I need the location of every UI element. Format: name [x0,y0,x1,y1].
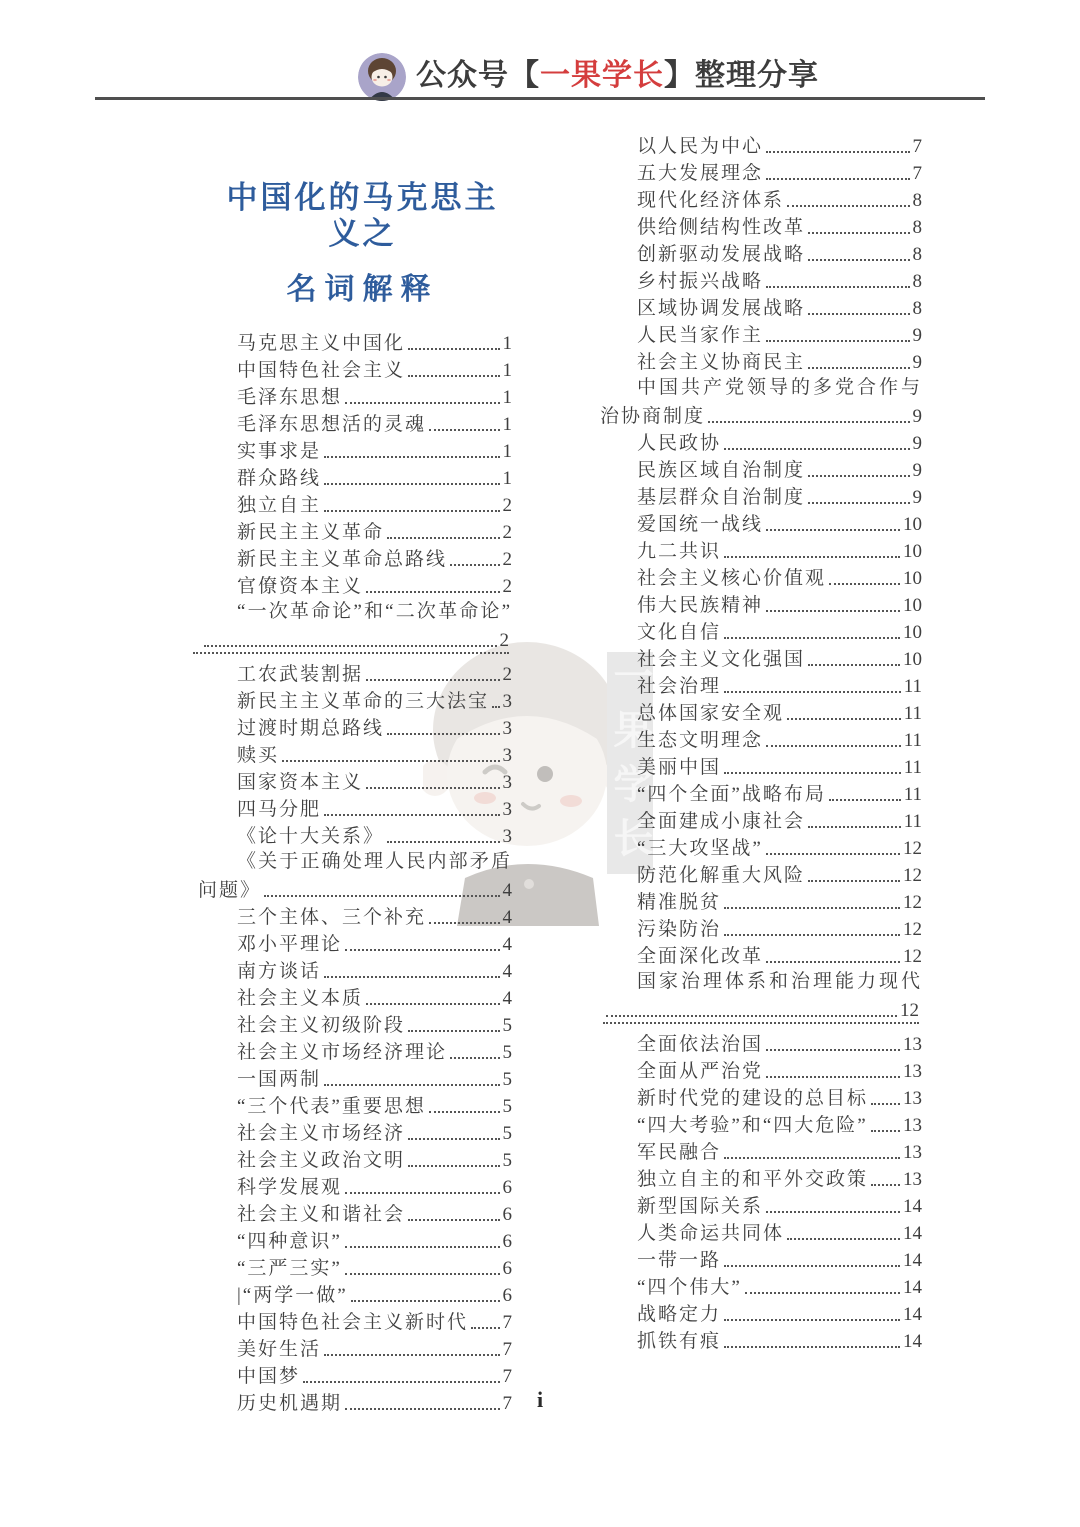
toc-entry-label: “三严三实” [237,1253,342,1280]
toc-entry: 伟大民族精神10 [600,590,922,617]
dot-leader [766,610,900,612]
toc-entry-page-number: 5 [503,1015,513,1037]
toc-entry-label: 人民政协 [637,428,721,455]
toc-entry: 总体国家安全观11 [600,698,922,725]
toc-entry-page-number: 2 [503,549,513,571]
toc-entry-label: 中国特色社会主义 [237,355,405,382]
toc-entry-label: 社会主义市场经济理论 [237,1037,447,1064]
toc-entry: 人类命运共同体14 [600,1218,922,1245]
toc-entry-page-number: 5 [503,1150,513,1172]
toc-entry-label: 一带一路 [637,1245,721,1272]
toc-entry: 精准脱贫12 [600,887,922,914]
toc-entry-page-number: 7 [503,1366,513,1388]
toc-entry: 五大发展理念7 [600,158,922,185]
dot-leader [808,880,900,882]
dot-leader [366,1003,499,1005]
page-number: i [0,1387,1080,1413]
toc-entry-page-number: 11 [904,703,922,725]
dot-leader [429,922,499,924]
toc-entry-page-number: 3 [503,772,513,794]
dot-leader [808,475,909,477]
toc-entry-label: 民族区域自治制度 [637,455,805,482]
toc-entry-page-number: 8 [913,244,923,266]
toc-entry-label: 乡村振兴战略 [637,266,763,293]
dot-leader [745,1292,900,1294]
dot-leader [429,1111,500,1113]
dot-leader [871,1130,900,1132]
toc-entry-wrapped-line: “一次革命论”和“二次革命论” [190,598,512,625]
toc-entry: 新民主主义革命总路线2 [190,544,512,571]
toc-entry: 爱国统一战线10 [600,509,922,536]
toc-entry-page-number: 12 [903,892,922,914]
toc-entry-label: 区域协调发展战略 [637,293,805,320]
toc-entry: 三个主体、三个补充4 [190,902,512,929]
toc-entry-label: 四马分肥 [237,794,321,821]
toc-entry: 抓铁有痕14 [600,1326,922,1353]
toc-entry: 工农武装割据2 [190,659,512,686]
toc-entry-page-number: 4 [503,988,513,1010]
toc-entry-label: 毛泽东思想 [237,382,342,409]
toc-list-left: 马克思主义中国化1中国特色社会主义1毛泽东思想1毛泽东思想活的灵魂1实事求是1群… [190,328,512,1415]
dot-leader [387,841,499,843]
toc-entry: 社会主义市场经济5 [190,1118,512,1145]
toc-entry-page-number: 3 [503,718,513,740]
toc-entry-page-number: 6 [503,1258,513,1280]
toc-entry-label: 问题》 [198,875,261,902]
toc-entry-page-number: 9 [913,433,923,455]
dot-leader [324,1084,499,1086]
toc-entry: 社会主义政治文明5 [190,1145,512,1172]
toc-entry-label: 社会主义协商民主 [637,347,805,374]
toc-entry-label: 战略定力 [637,1299,721,1326]
toc-entry-label: 社会主义和谐社会 [237,1199,405,1226]
toc-entry: 中国梦7 [190,1361,512,1388]
toc-entry-page-number: 3 [503,745,513,767]
dot-leader [808,313,909,315]
toc-entry: 战略定力14 [600,1299,922,1326]
toc-entry-page-number: 11 [904,757,922,779]
toc-entry: 社会主义市场经济理论5 [190,1037,512,1064]
dot-leader [724,1319,900,1321]
toc-entry: 全面建成小康社会11 [600,806,922,833]
toc-entry-page-number: 9 [913,487,923,509]
dot-leader [871,1103,900,1105]
toc-entry: 问题》4 [190,875,512,902]
toc-entry-label: “三个代表”重要思想 [237,1091,426,1118]
dot-leader [766,853,900,855]
toc-entry-label: “四个伟大” [637,1272,742,1299]
toc-entry-label: 过渡时期总路线 [237,713,384,740]
toc-entry: 赎买3 [190,740,512,767]
toc-entry: 新民主主义革命2 [190,517,512,544]
dot-leader [351,1300,500,1302]
toc-entry-label: 中国梦 [237,1361,300,1388]
dot-leader [606,1015,897,1017]
toc-entry: 新型国际关系14 [600,1191,922,1218]
toc-entry-page-number: 2 [503,522,513,544]
toc-entry: 现代化经济体系8 [600,185,922,212]
dot-leader [724,448,909,450]
dot-leader [808,259,909,261]
dot-leader [345,1246,500,1248]
dot-leader [264,895,499,897]
dot-leader [766,745,901,747]
toc-entry-page-number: 7 [913,163,923,185]
toc-entry: 马克思主义中国化1 [190,328,512,355]
toc-entry-page-number: 8 [913,298,923,320]
toc-entry: 科学发展观6 [190,1172,512,1199]
toc-entry: 区域协调发展战略8 [600,293,922,320]
dot-leader [366,591,499,593]
toc-entry-page-number: 8 [913,217,923,239]
toc-entry-label: 供给侧结构性改革 [637,212,805,239]
dot-leader [829,583,900,585]
toc-entry-page-number: 12 [903,919,922,941]
dot-leader [345,402,499,404]
account-title: 公众号【一果学长】整理分享 [416,56,819,96]
toc-entry-page-number: 3 [503,799,513,821]
dot-leader [724,1346,900,1348]
dot-leader [808,664,900,666]
toc-entry: 独立自主2 [190,490,512,517]
toc-entry: 人民政协9 [600,428,922,455]
toc-entry: 官僚资本主义2 [190,571,512,598]
dot-leader [724,772,901,774]
dot-leader [787,718,901,720]
dot-leader [303,1381,499,1383]
dot-leader [787,205,909,207]
toc-entry-page-number: 4 [503,907,513,929]
toc-entry-label: 三个主体、三个补充 [237,902,426,929]
toc-entry-label: 全面从严治党 [637,1056,763,1083]
dot-leader [324,976,499,978]
toc-entry-page-number: 11 [904,730,922,752]
toc-entry-label: 社会治理 [637,671,721,698]
toc-entry-page-number: 14 [903,1331,922,1353]
dot-leader [766,529,900,531]
toc-entry-page-number: 2 [500,630,510,652]
dot-leader [450,1057,499,1059]
toc-entry-label: 总体国家安全观 [637,698,784,725]
toc-entry-label: 五大发展理念 [637,158,763,185]
toc-entry-label: 全面建成小康社会 [637,806,805,833]
toc-entry-label: “四种意识” [237,1226,342,1253]
dot-leader [345,1273,500,1275]
toc-entry: 社会主义核心价值观10 [600,563,922,590]
toc-entry-page-number: 9 [913,352,923,374]
header-divider [95,97,985,100]
dot-leader [724,1157,900,1159]
dot-leader [724,637,900,639]
toc-entry: 南方谈话4 [190,956,512,983]
toc-entry: “三严三实”6 [190,1253,512,1280]
toc-entry-page-number: 4 [503,880,513,902]
toc-entry-label: 军民融合 [637,1137,721,1164]
toc-entry-label: 创新驱动发展战略 [637,239,805,266]
toc-entry-page-number: 6 [503,1285,513,1307]
dot-leader [345,1192,499,1194]
toc-entry-page-number: 2 [503,576,513,598]
toc-entry: 中国特色社会主义1 [190,355,512,382]
toc-entry-label: 马克思主义中国化 [237,328,405,355]
toc-entry-page-number: 1 [503,441,513,463]
toc-entry-page-number: 1 [503,360,513,382]
toc-entry: 12 [603,995,919,1024]
toc-entry: 全面依法治国13 [600,1029,922,1056]
dot-leader [708,421,909,423]
toc-entry-page-number: 11 [904,676,922,698]
toc-entry-page-number: 13 [903,1142,922,1164]
toc-entry-label: 国家资本主义 [237,767,363,794]
toc-entry-label: 现代化经济体系 [637,185,784,212]
toc-entry: 邓小平理论4 [190,929,512,956]
dot-leader [324,814,499,816]
toc-list-right: 以人民为中心7五大发展理念7现代化经济体系8供给侧结构性改革8创新驱动发展战略8… [600,131,922,1353]
toc-entry-label: 防范化解重大风险 [637,860,805,887]
toc-entry: 2 [193,625,509,654]
toc-entry: “四大考验”和“四大危险”13 [600,1110,922,1137]
dot-leader [366,679,499,681]
toc-entry-page-number: 11 [904,811,922,833]
toc-entry-page-number: 1 [503,414,513,436]
dot-leader [492,706,499,708]
toc-entry-label: 独立自主 [237,490,321,517]
toc-entry-page-number: 4 [503,934,513,956]
dot-leader [450,564,499,566]
toc-entry-page-number: 5 [503,1123,513,1145]
toc-entry-page-number: 13 [903,1169,922,1191]
dot-leader [345,949,499,951]
toc-entry-label: 基层群众自治制度 [637,482,805,509]
toc-entry-page-number: 6 [503,1231,513,1253]
toc-entry-label: 新型国际关系 [637,1191,763,1218]
toc-entry-label: 南方谈话 [237,956,321,983]
toc-entry-page-number: 1 [503,387,513,409]
dot-leader [787,1238,900,1240]
toc-entry-label: 社会主义文化强国 [637,644,805,671]
toc-entry-label: 社会主义核心价值观 [637,563,826,590]
dot-leader [766,1211,900,1213]
toc-entry-page-number: 7 [503,1312,513,1334]
toc-entry: 新时代党的建设的总目标13 [600,1083,922,1110]
toc-entry-wrapped-line: 《关于正确处理人民内部矛盾的 [190,848,512,875]
toc-entry: 九二共识10 [600,536,922,563]
toc-entry-page-number: 14 [903,1196,922,1218]
toc-entry: 社会主义本质4 [190,983,512,1010]
toc-entry-label: “四个全面”战略布局 [637,779,826,806]
toc-entry-page-number: 5 [503,1069,513,1091]
toc-entry: 实事求是1 [190,436,512,463]
toc-entry-label: 官僚资本主义 [237,571,363,598]
dot-leader [808,367,909,369]
toc-entry: 供给侧结构性改革8 [600,212,922,239]
toc-entry-page-number: 5 [503,1042,513,1064]
toc-entry: 污染防治12 [600,914,922,941]
toc-entry-page-number: 12 [900,1000,919,1022]
toc-entry-page-number: 10 [903,568,922,590]
toc-entry-label: 抓铁有痕 [637,1326,721,1353]
toc-entry-label: 社会主义本质 [237,983,363,1010]
dot-leader [408,1219,499,1221]
dot-leader [724,1265,900,1267]
toc-entry-label: 实事求是 [237,436,321,463]
toc-entry-label: 精准脱贫 [637,887,721,914]
document-title: 中国化的马克思主义之 名词解释 [190,180,512,306]
toc-entry-page-number: 8 [913,271,923,293]
dot-leader [471,1327,499,1329]
toc-entry: 防范化解重大风险12 [600,860,922,887]
toc-entry-label: 社会主义初级阶段 [237,1010,405,1037]
toc-entry: 《论十大关系》3 [190,821,512,848]
toc-entry-label: 人民当家作主 [637,320,763,347]
toc-entry-page-number: 9 [913,325,923,347]
toc-entry-page-number: 13 [903,1061,922,1083]
toc-entry: 民族区域自治制度9 [600,455,922,482]
dot-leader [766,286,909,288]
toc-entry-page-number: 3 [503,826,513,848]
toc-column-right: 以人民为中心7五大发展理念7现代化经济体系8供给侧结构性改革8创新驱动发展战略8… [600,131,922,1353]
account-avatar-icon [358,53,406,101]
toc-entry-label: 一国两制 [237,1064,321,1091]
toc-entry-label: 全面深化改革 [637,941,763,968]
dot-leader [766,340,909,342]
toc-entry: 四马分肥3 [190,794,512,821]
toc-entry-label: “四大考验”和“四大危险” [637,1110,868,1137]
dot-leader [766,1049,900,1051]
dot-leader [324,483,499,485]
dot-leader [808,502,909,504]
toc-entry-page-number: 4 [503,961,513,983]
toc-entry: 一带一路14 [600,1245,922,1272]
toc-entry: |“两学一做”6 [190,1280,512,1307]
dot-leader [408,1165,499,1167]
toc-entry: 社会主义和谐社会6 [190,1199,512,1226]
document-title-line2: 名词解释 [213,274,512,306]
toc-column-left: 中国化的马克思主义之 名词解释 马克思主义中国化1中国特色社会主义1毛泽东思想1… [190,180,512,1415]
toc-entry: 中国特色社会主义新时代7 [190,1307,512,1334]
toc-entry-label: |“两学一做” [237,1280,348,1307]
dot-leader [766,961,900,963]
toc-entry-wrapped-line: 中国共产党领导的多党合作与政 [600,374,922,401]
toc-entry-page-number: 12 [903,865,922,887]
toc-entry-label: 文化自信 [637,617,721,644]
dot-leader [808,232,909,234]
toc-entry: 一国两制5 [190,1064,512,1091]
toc-entry: 治协商制度9 [600,401,922,428]
toc-entry-page-number: 12 [903,838,922,860]
toc-entry-label: 中国特色社会主义新时代 [237,1307,468,1334]
toc-entry-label: 新民主主义革命的三大法宝 [237,686,489,713]
toc-entry-label: 国家治理体系和治理能力现代化 [637,971,922,995]
toc-entry: 创新驱动发展战略8 [600,239,922,266]
toc-entry: 以人民为中心7 [600,131,922,158]
toc-entry-label: 新民主主义革命 [237,517,384,544]
account-brand-name: 一果学长 [540,59,664,92]
toc-entry-page-number: 11 [904,784,922,806]
toc-entry-label: 美丽中国 [637,752,721,779]
toc-entry-label: “三大攻坚战” [637,833,763,860]
dot-leader [282,760,499,762]
toc-entry-label: 《论十大关系》 [237,821,384,848]
dot-leader [387,733,499,735]
toc-entry-page-number: 10 [903,649,922,671]
dot-leader [724,691,901,693]
toc-entry: 文化自信10 [600,617,922,644]
toc-entry-page-number: 6 [503,1204,513,1226]
dot-leader [829,799,901,801]
account-title-prefix: 公众号【 [416,59,540,92]
toc-entry-page-number: 13 [903,1034,922,1056]
toc-entry-page-number: 9 [913,460,923,482]
toc-entry: 生态文明理念11 [600,725,922,752]
toc-entry-page-number: 7 [913,136,923,158]
toc-entry-page-number: 12 [903,946,922,968]
toc-entry-page-number: 7 [503,1339,513,1361]
toc-entry-page-number: 10 [903,595,922,617]
toc-entry-label: 科学发展观 [237,1172,342,1199]
toc-entry-label: 新时代党的建设的总目标 [637,1083,868,1110]
toc-entry: 基层群众自治制度9 [600,482,922,509]
toc-entry-label: 爱国统一战线 [637,509,763,536]
dot-leader [324,1354,499,1356]
toc-entry-page-number: 3 [503,691,513,713]
toc-entry-page-number: 5 [503,1096,513,1118]
account-title-suffix: 】整理分享 [664,59,819,92]
toc-entry: 乡村振兴战略8 [600,266,922,293]
dot-leader [324,456,499,458]
toc-entry-label: 全面依法治国 [637,1029,763,1056]
toc-entry: 军民融合13 [600,1137,922,1164]
toc-entry-label: 赎买 [237,740,279,767]
toc-entry-page-number: 13 [903,1115,922,1137]
document-title-line1: 中国化的马克思主义之 [213,180,512,252]
document-page: 公众号【一果学长】整理分享 一果学长 中国化的马克思主义之 名词解释 马克思主义… [0,0,1080,1527]
toc-entry-page-number: 14 [903,1277,922,1299]
dot-leader [387,537,499,539]
toc-entry-label: 社会主义市场经济 [237,1118,405,1145]
toc-entry-page-number: 10 [903,514,922,536]
dot-leader [429,429,499,431]
toc-entry-page-number: 1 [503,333,513,355]
toc-entry-page-number: 10 [903,541,922,563]
toc-entry-label: 以人民为中心 [637,131,763,158]
dot-leader [408,348,499,350]
toc-entry-label: 工农武装割据 [237,659,363,686]
toc-entry: 毛泽东思想活的灵魂1 [190,409,512,436]
toc-entry-label: 污染防治 [637,914,721,941]
dot-leader [204,645,497,647]
toc-entry: 美丽中国11 [600,752,922,779]
toc-entry-page-number: 2 [503,664,513,686]
toc-entry-label: 新民主主义革命总路线 [237,544,447,571]
toc-entry-label: 群众路线 [237,463,321,490]
toc-entry-page-number: 2 [503,495,513,517]
toc-entry: 美好生活7 [190,1334,512,1361]
dot-leader [408,1138,499,1140]
toc-entry: 全面深化改革12 [600,941,922,968]
toc-entry-page-number: 1 [503,468,513,490]
toc-entry-label: 生态文明理念 [637,725,763,752]
toc-entry-page-number: 9 [913,406,923,428]
dot-leader [766,1076,900,1078]
toc-entry: 过渡时期总路线3 [190,713,512,740]
toc-entry: 独立自主的和平外交政策13 [600,1164,922,1191]
dot-leader [724,907,900,909]
toc-entry-label: 《关于正确处理人民内部矛盾的 [237,851,512,875]
dot-leader [724,556,900,558]
toc-entry: 社会主义文化强国10 [600,644,922,671]
toc-entry: “四个全面”战略布局11 [600,779,922,806]
